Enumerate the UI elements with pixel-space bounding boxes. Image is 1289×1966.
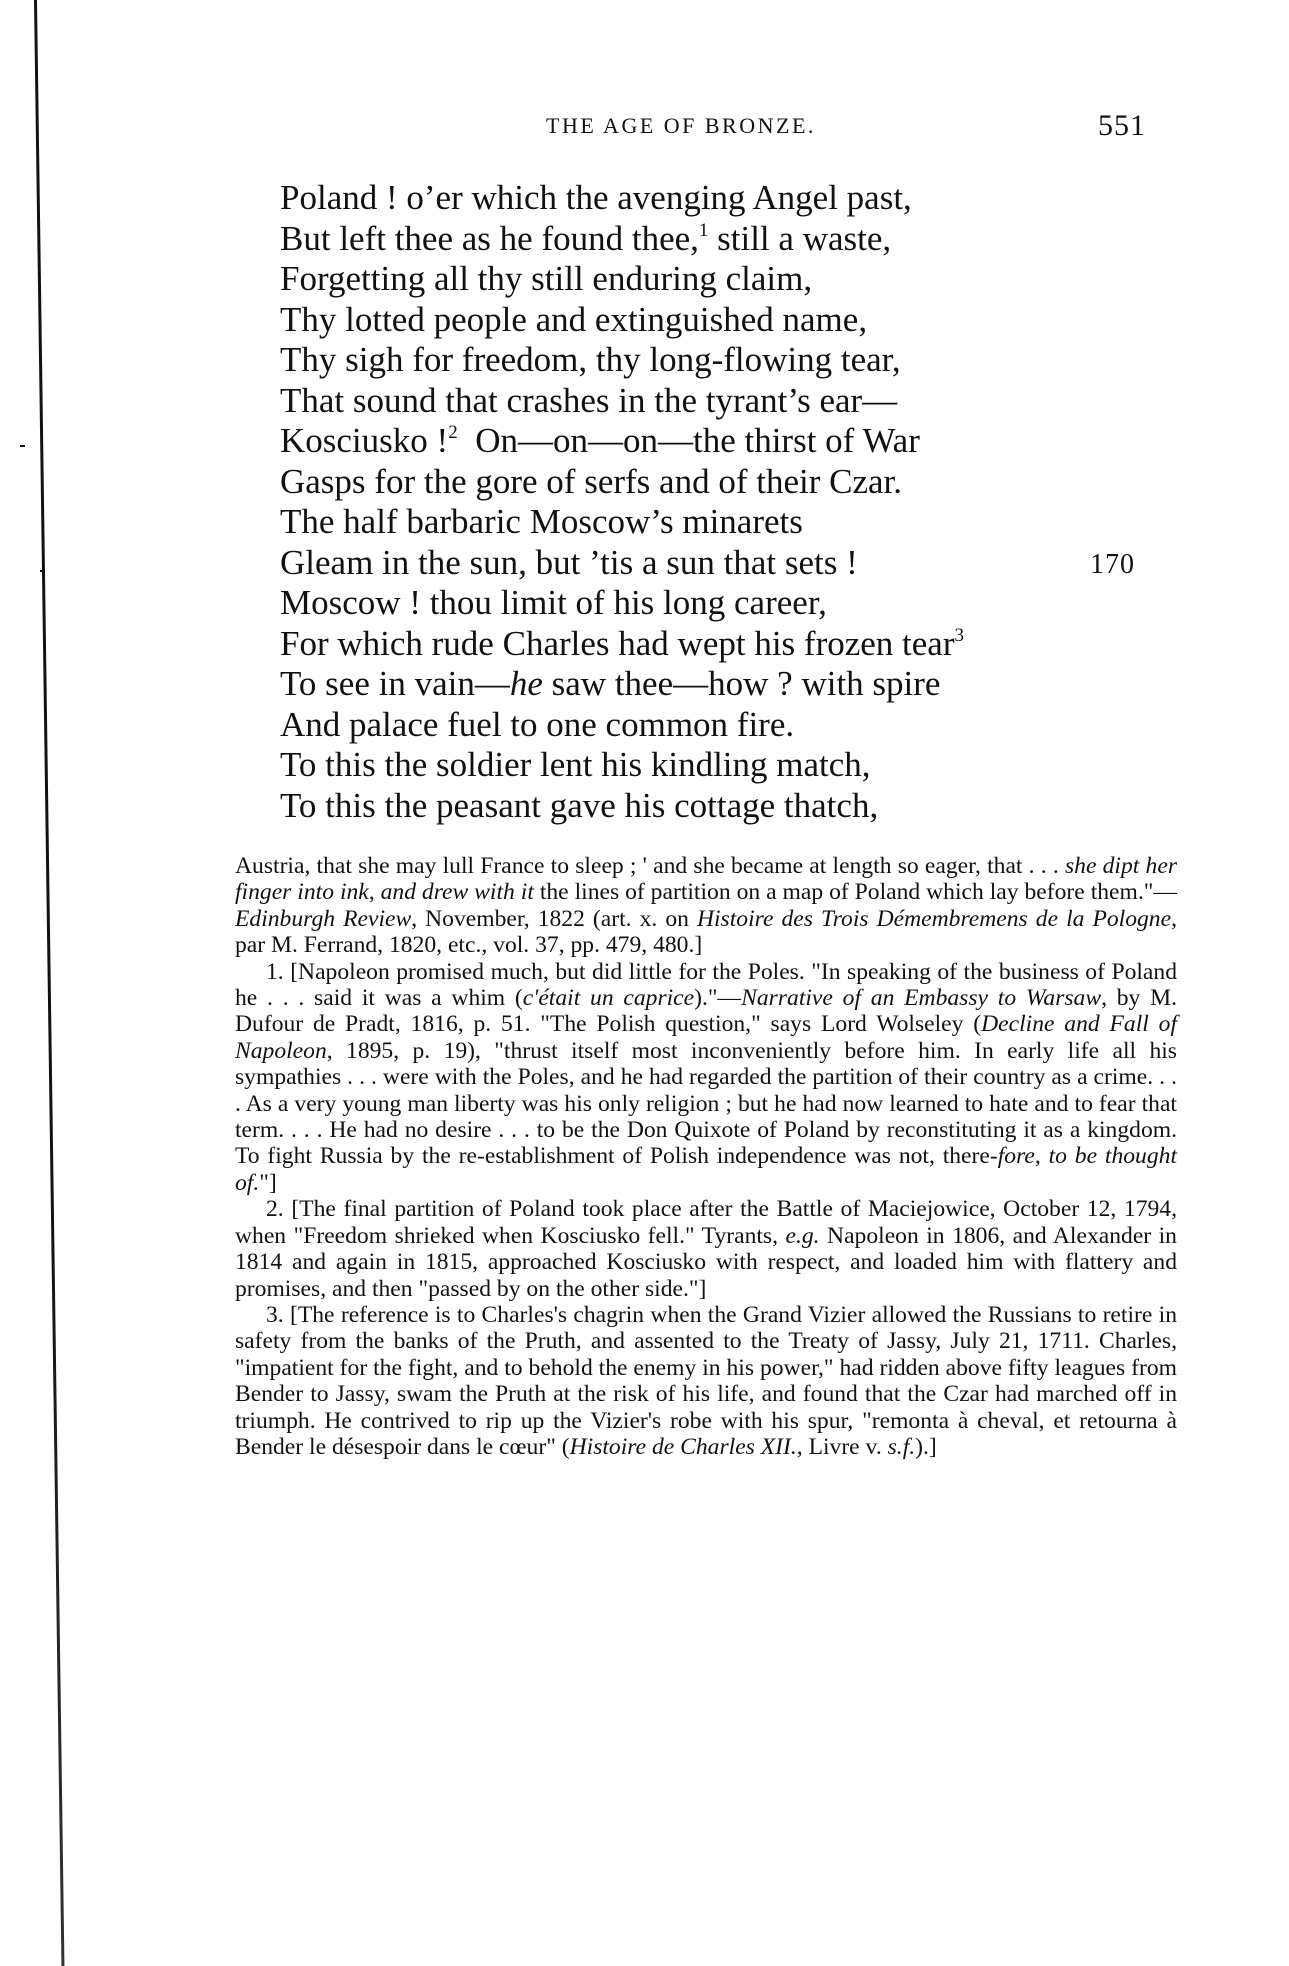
poem-line: To this the soldier lent his kindling ma… xyxy=(280,745,1200,786)
footnote-ref[interactable]: 1 xyxy=(699,220,709,241)
poem-stanza: Poland ! o’er which the avenging Angel p… xyxy=(280,178,1200,826)
margin-mark xyxy=(40,570,45,572)
poem-line: Moscow ! thou limit of his long career, xyxy=(280,583,1200,624)
poem-line: And palace fuel to one common fire. xyxy=(280,705,1200,746)
poem-line: To see in vain—he saw thee—how ? with sp… xyxy=(280,664,1200,705)
footnote-ref[interactable]: 3 xyxy=(955,625,965,646)
poem-line: Kosciusko !2 On—on—on—the thirst of War xyxy=(280,421,1200,462)
poem-line: The half barbaric Moscow’s minarets xyxy=(280,502,1200,543)
footnote-continued: Austria, that she may lull France to sle… xyxy=(235,853,1177,959)
margin-mark xyxy=(20,445,25,447)
poem-line: Gleam in the sun, but ’tis a sun that se… xyxy=(280,543,1200,584)
line-number: 170 xyxy=(1090,545,1135,586)
poem-line: But left thee as he found thee,1 still a… xyxy=(280,219,1200,260)
poem-line: Gasps for the gore of serfs and of their… xyxy=(280,462,1200,503)
footnote-3: 3. [The reference is to Charles's chagri… xyxy=(235,1302,1177,1460)
binding-line xyxy=(34,0,64,1966)
poem-line: To this the peasant gave his cottage tha… xyxy=(280,786,1200,827)
poem-line: Forgetting all thy still enduring claim, xyxy=(280,259,1200,300)
page-number: 551 xyxy=(1098,109,1146,143)
poem-line: For which rude Charles had wept his froz… xyxy=(280,624,1200,665)
footnote-ref[interactable]: 2 xyxy=(448,422,458,443)
poem-line: That sound that crashes in the tyrant’s … xyxy=(280,381,1200,422)
poem-line: Thy lotted people and extinguished name, xyxy=(280,300,1200,341)
running-title: THE AGE OF BRONZE. xyxy=(546,113,816,139)
footnote-2: 2. [The final partition of Poland took p… xyxy=(235,1196,1177,1302)
poem-line: Poland ! o’er which the avenging Angel p… xyxy=(280,178,1200,219)
poem-line: Thy sigh for freedom, thy long-flowing t… xyxy=(280,340,1200,381)
footnotes: Austria, that she may lull France to sle… xyxy=(235,853,1177,1460)
footnote-1: 1. [Napoleon promised much, but did litt… xyxy=(235,959,1177,1197)
